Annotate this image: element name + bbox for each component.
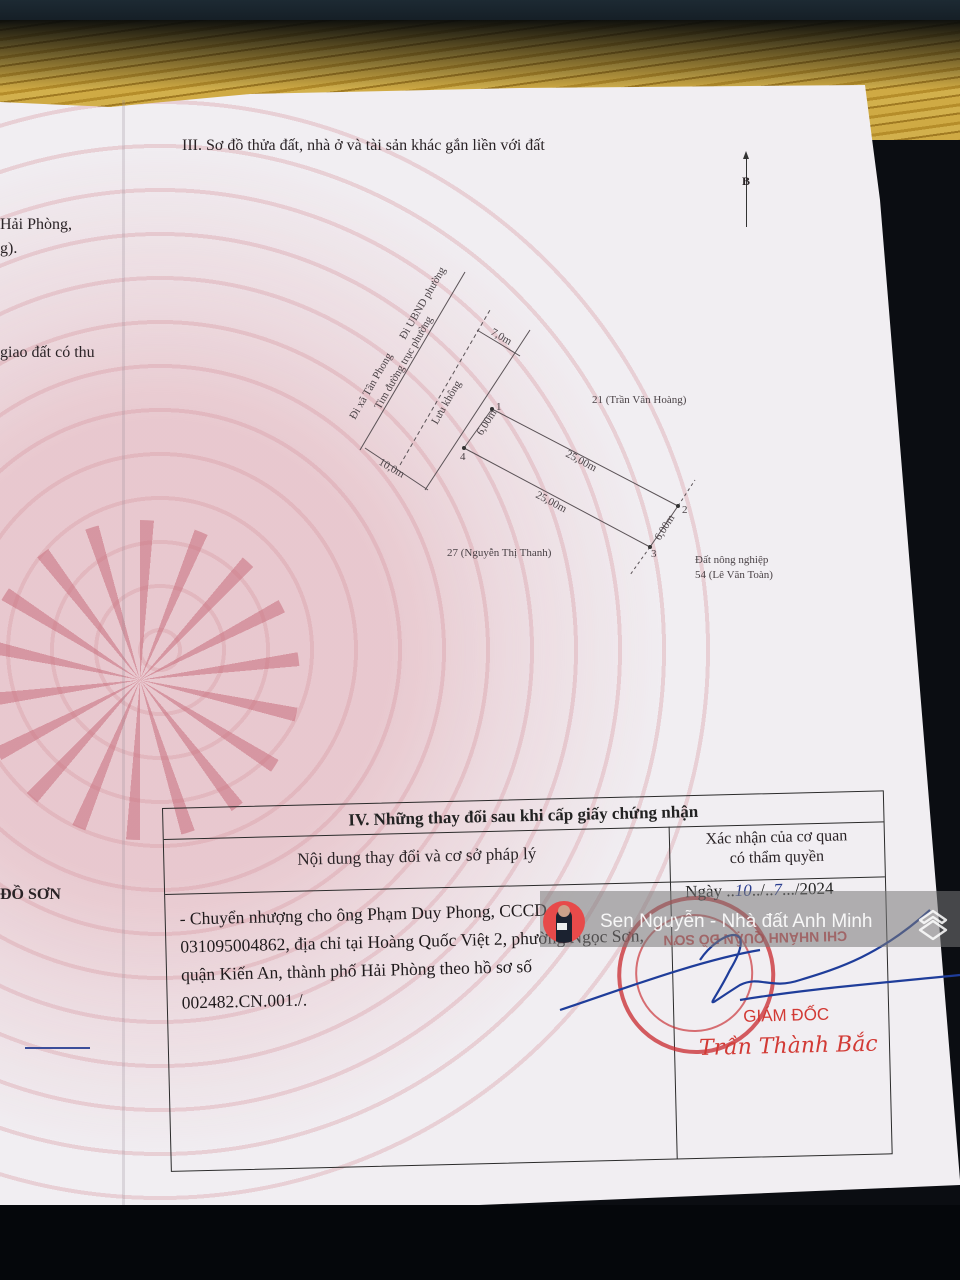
- channel-name[interactable]: Sen Nguyễn - Nhà đất Anh Minh: [600, 911, 873, 933]
- channel-avatar[interactable]: [543, 901, 585, 943]
- signature-icon: [0, 0, 960, 1280]
- brand-logo-icon[interactable]: [916, 908, 950, 942]
- background-bottom: [0, 1205, 960, 1280]
